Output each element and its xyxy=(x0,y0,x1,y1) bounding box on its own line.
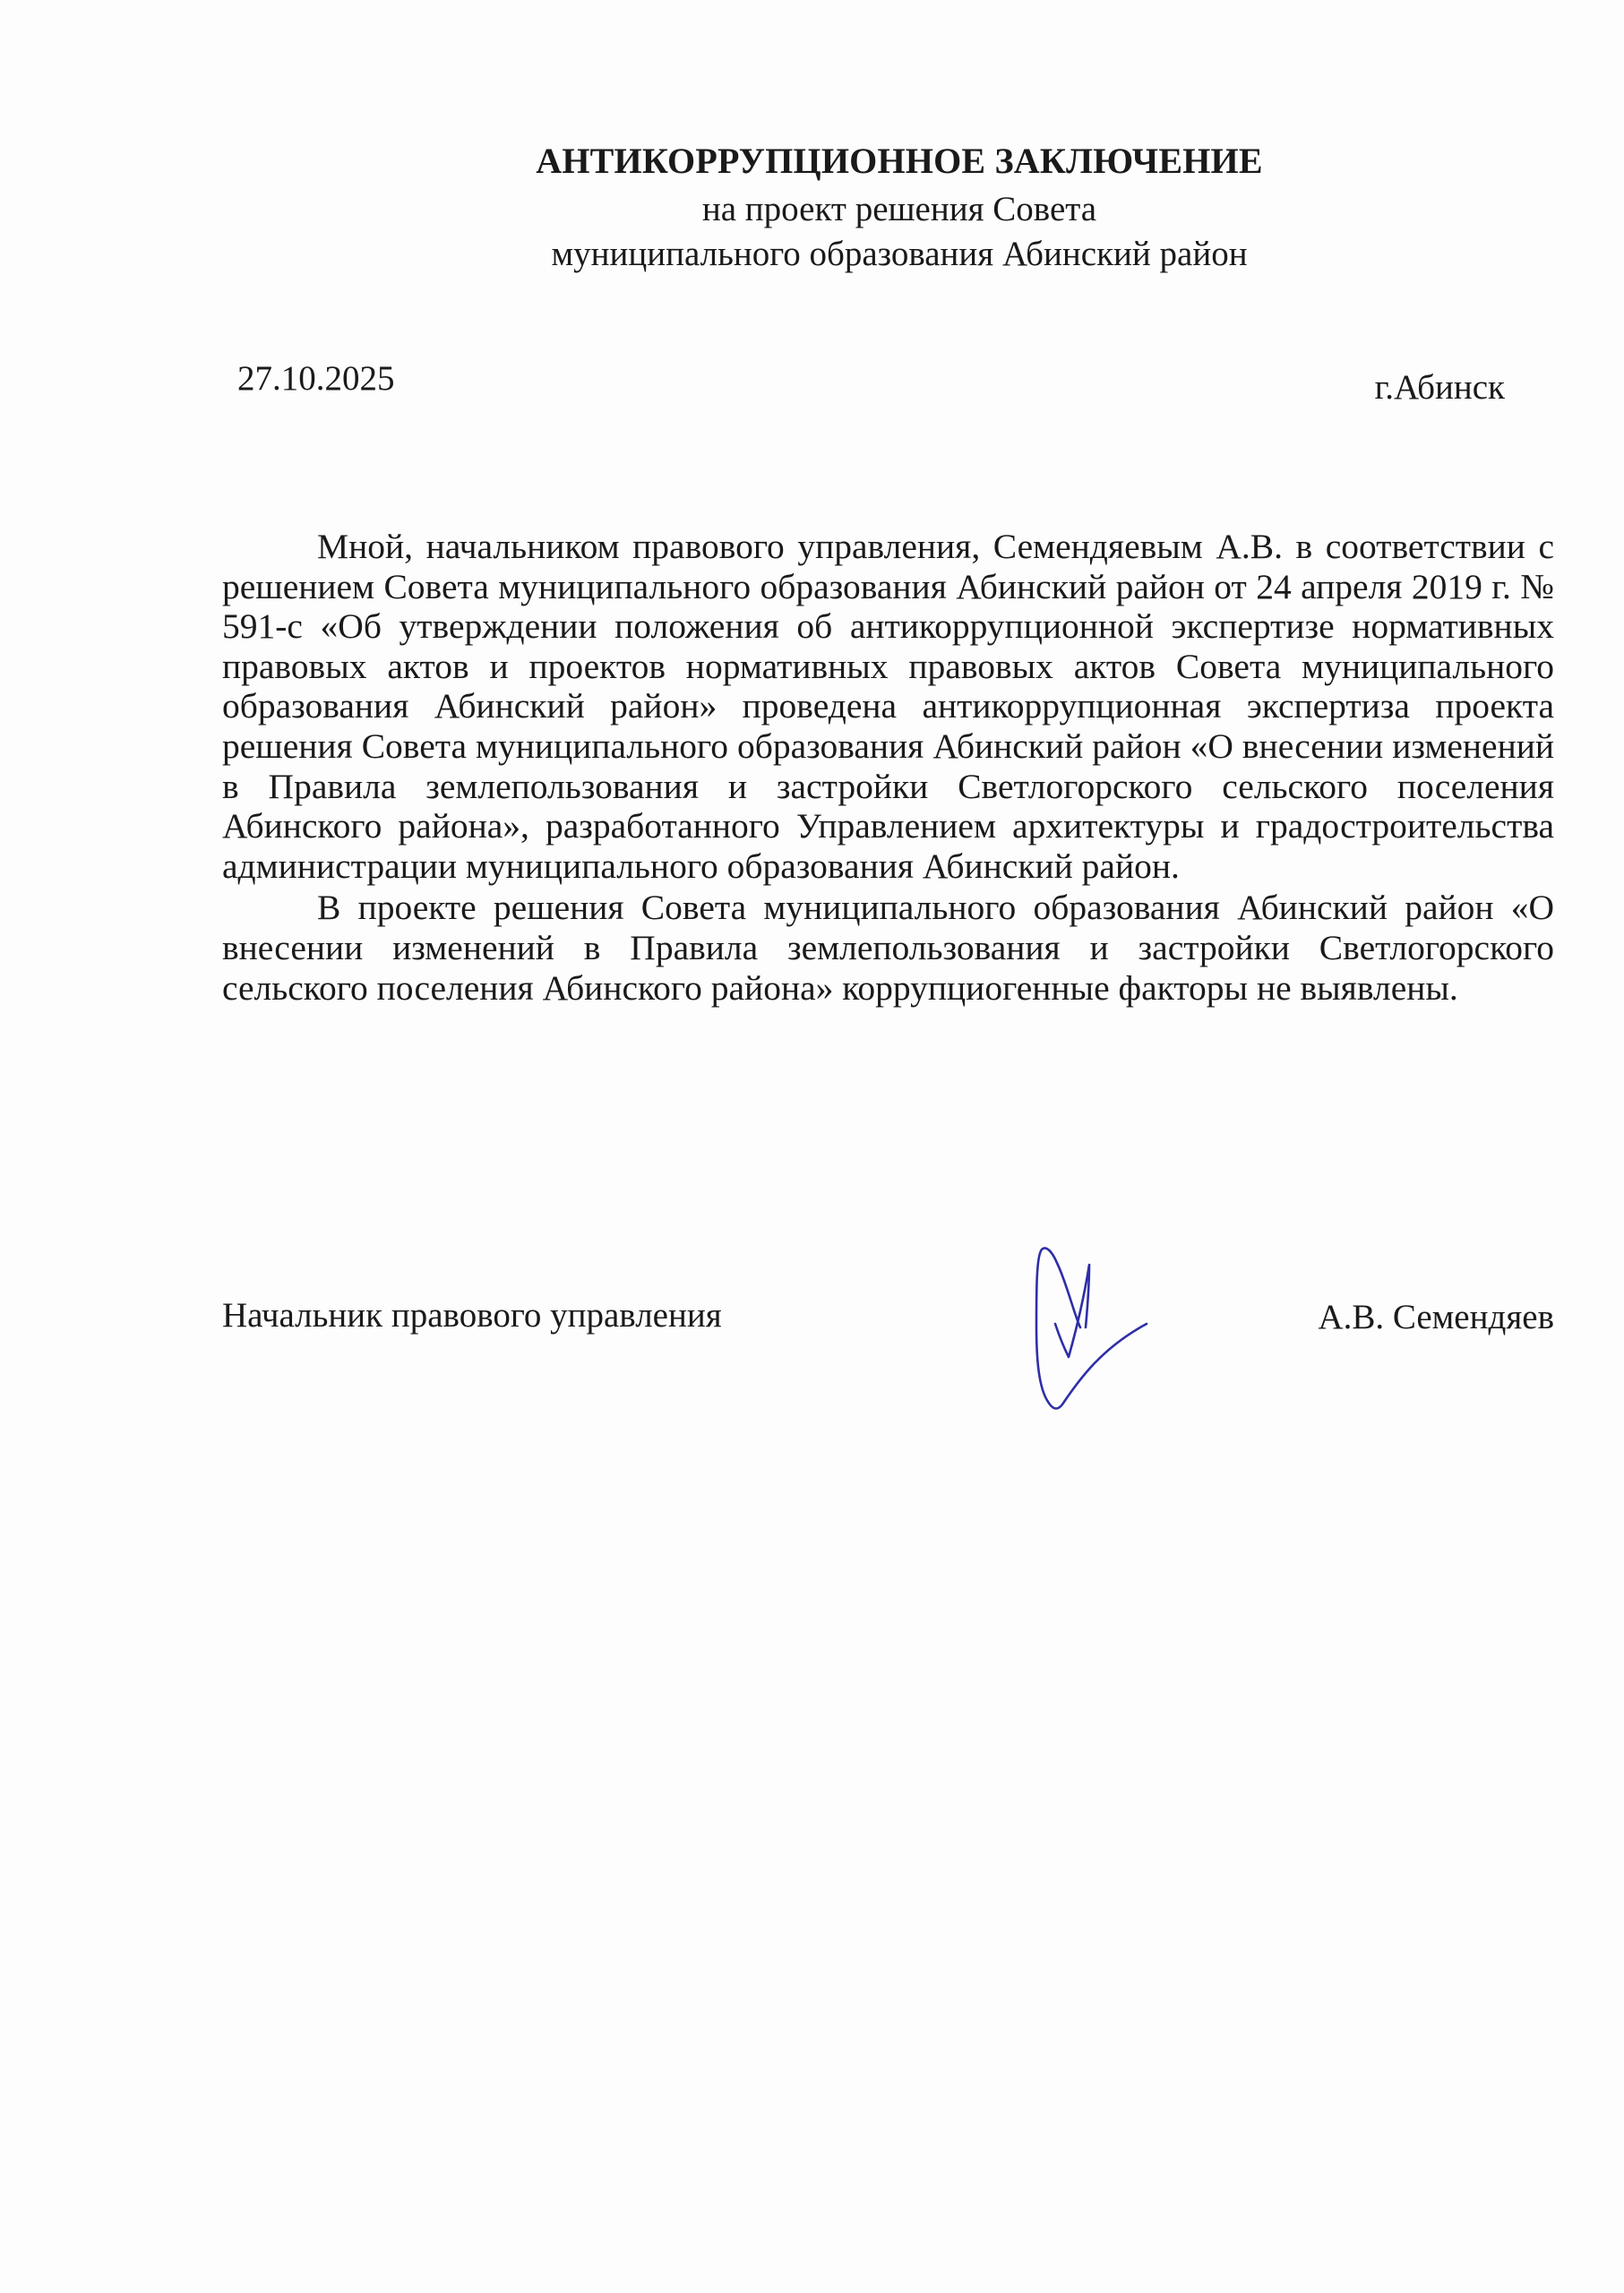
handwritten-signature-icon xyxy=(1012,1227,1191,1424)
document-title: АНТИКОРРУПЦИОННОЕ ЗАКЛЮЧЕНИЕ xyxy=(496,139,1302,184)
document-city: г.Абинск xyxy=(1375,367,1505,408)
signatory-name: А.В. Семендяев xyxy=(1318,1297,1554,1338)
body-paragraph-2: В проекте решения Совета муниципального … xyxy=(222,888,1554,1008)
signatory-position: Начальник правового управления xyxy=(222,1295,722,1336)
document-date: 27.10.2025 xyxy=(237,358,395,399)
body-paragraph-1: Мной, начальником правового управления, … xyxy=(222,527,1554,886)
document-body: Мной, начальником правового управления, … xyxy=(222,527,1554,1008)
document-subtitle-line-1: на проект решения Совета xyxy=(496,188,1302,231)
document-page: АНТИКОРРУПЦИОННОЕ ЗАКЛЮЧЕНИЕ на проект р… xyxy=(0,0,1624,2293)
document-subtitle-line-2: муниципального образования Абинский райо… xyxy=(496,233,1302,276)
